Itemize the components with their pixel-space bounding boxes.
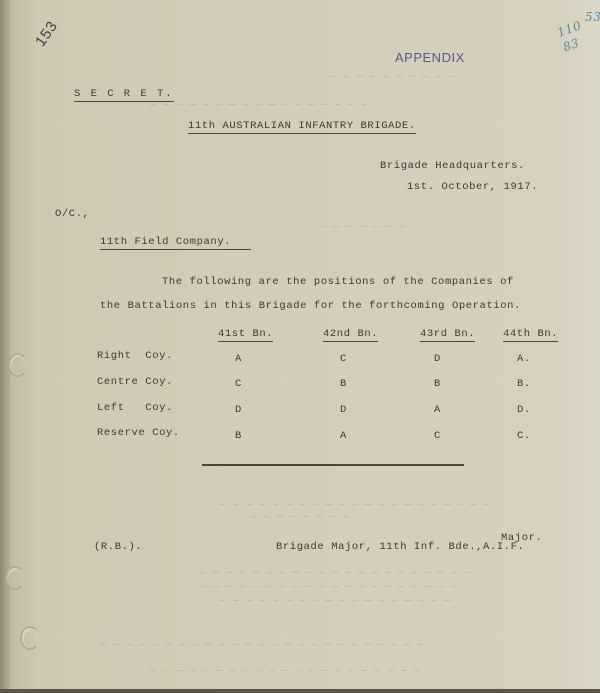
body-line-1: The following are the positions of the C…	[162, 276, 514, 288]
classification-heading: S E C R E T.	[74, 88, 174, 102]
bleed-through-text: — — — — — — — — — — — — — — — — — — — — …	[150, 666, 421, 677]
column-header: 42nd Bn.	[323, 328, 378, 342]
bleed-through-text: — — — — — — — — — — — — — — — — —	[150, 100, 368, 111]
table-cell: A	[340, 430, 347, 442]
unit-heading: 11th AUSTRALIAN INFANTRY BRIGADE.	[188, 120, 416, 134]
column-header: 44th Bn.	[503, 328, 558, 342]
table-cell: B	[235, 430, 242, 442]
bleed-through-text: — — — — — — — — — —	[330, 72, 455, 83]
table-cell: A	[235, 353, 242, 365]
column-header: 41st Bn.	[218, 328, 273, 342]
table-cell: C	[434, 430, 441, 442]
sender-initials: (R.B.).	[94, 541, 142, 553]
bleed-through-text: — — — — — — — — — — — — — — — — — — — — …	[200, 568, 471, 579]
table-cell: C	[340, 353, 347, 365]
salutation: O/C.,	[55, 208, 90, 220]
punch-hole-icon	[8, 353, 28, 377]
signatory-title: Brigade Major, 11th Inf. Bde.,A.I.F.	[276, 541, 524, 553]
row-label: Centre Coy.	[97, 376, 173, 388]
row-label: Left Coy.	[97, 402, 173, 414]
bleed-through-text: — — — — — — — — — — — — — — — — — — — —	[200, 582, 457, 593]
bleed-through-text: — — — — — — — — — — — — — — — — — —	[220, 596, 451, 607]
location-line: Brigade Headquarters.	[380, 160, 525, 172]
bleed-through-text: — — — — — — — — — — — — — — — — — — — — …	[100, 640, 423, 651]
date-line: 1st. October, 1917.	[407, 181, 538, 193]
table-cell: B.	[517, 378, 531, 390]
document-page: — — — — — — — — — — — — — — — — — — — — …	[0, 0, 600, 693]
table-cell: D	[340, 404, 347, 416]
appendix-stamp: APPENDIX	[395, 50, 465, 65]
bleed-through-text: — — — — — — — — — — — — — — — — — — — — …	[220, 500, 491, 511]
pencil-ref-top: 110	[555, 18, 583, 40]
table-cell: C.	[517, 430, 531, 442]
punch-hole-icon	[5, 566, 25, 590]
column-header: 43rd Bn.	[420, 328, 475, 342]
table-cell: A.	[517, 353, 531, 365]
folio-number: 153	[32, 18, 61, 50]
table-cell: B	[340, 378, 347, 390]
table-cell: D.	[517, 404, 531, 416]
table-cell: A	[434, 404, 441, 416]
bleed-through-text: — — — — — — — —	[250, 512, 349, 523]
table-cell: C	[235, 378, 242, 390]
page-edge	[0, 0, 10, 693]
table-cell: D	[235, 404, 242, 416]
divider-rule	[202, 464, 464, 466]
body-line-2: the Battalions in this Brigade for the f…	[100, 300, 521, 312]
pencil-ref-bottom: 83	[561, 36, 581, 55]
table-cell: D	[434, 353, 441, 365]
punch-hole-icon	[20, 626, 40, 650]
row-label: Reserve Coy.	[97, 427, 180, 439]
table-cell: B	[434, 378, 441, 390]
row-label: Right Coy.	[97, 350, 173, 362]
pencil-ref-corner: 53	[585, 10, 600, 24]
page-bottom-edge	[0, 689, 600, 693]
bleed-through-text: — — — — — — —	[320, 222, 406, 233]
recipient-heading: 11th Field Company.	[100, 236, 251, 250]
